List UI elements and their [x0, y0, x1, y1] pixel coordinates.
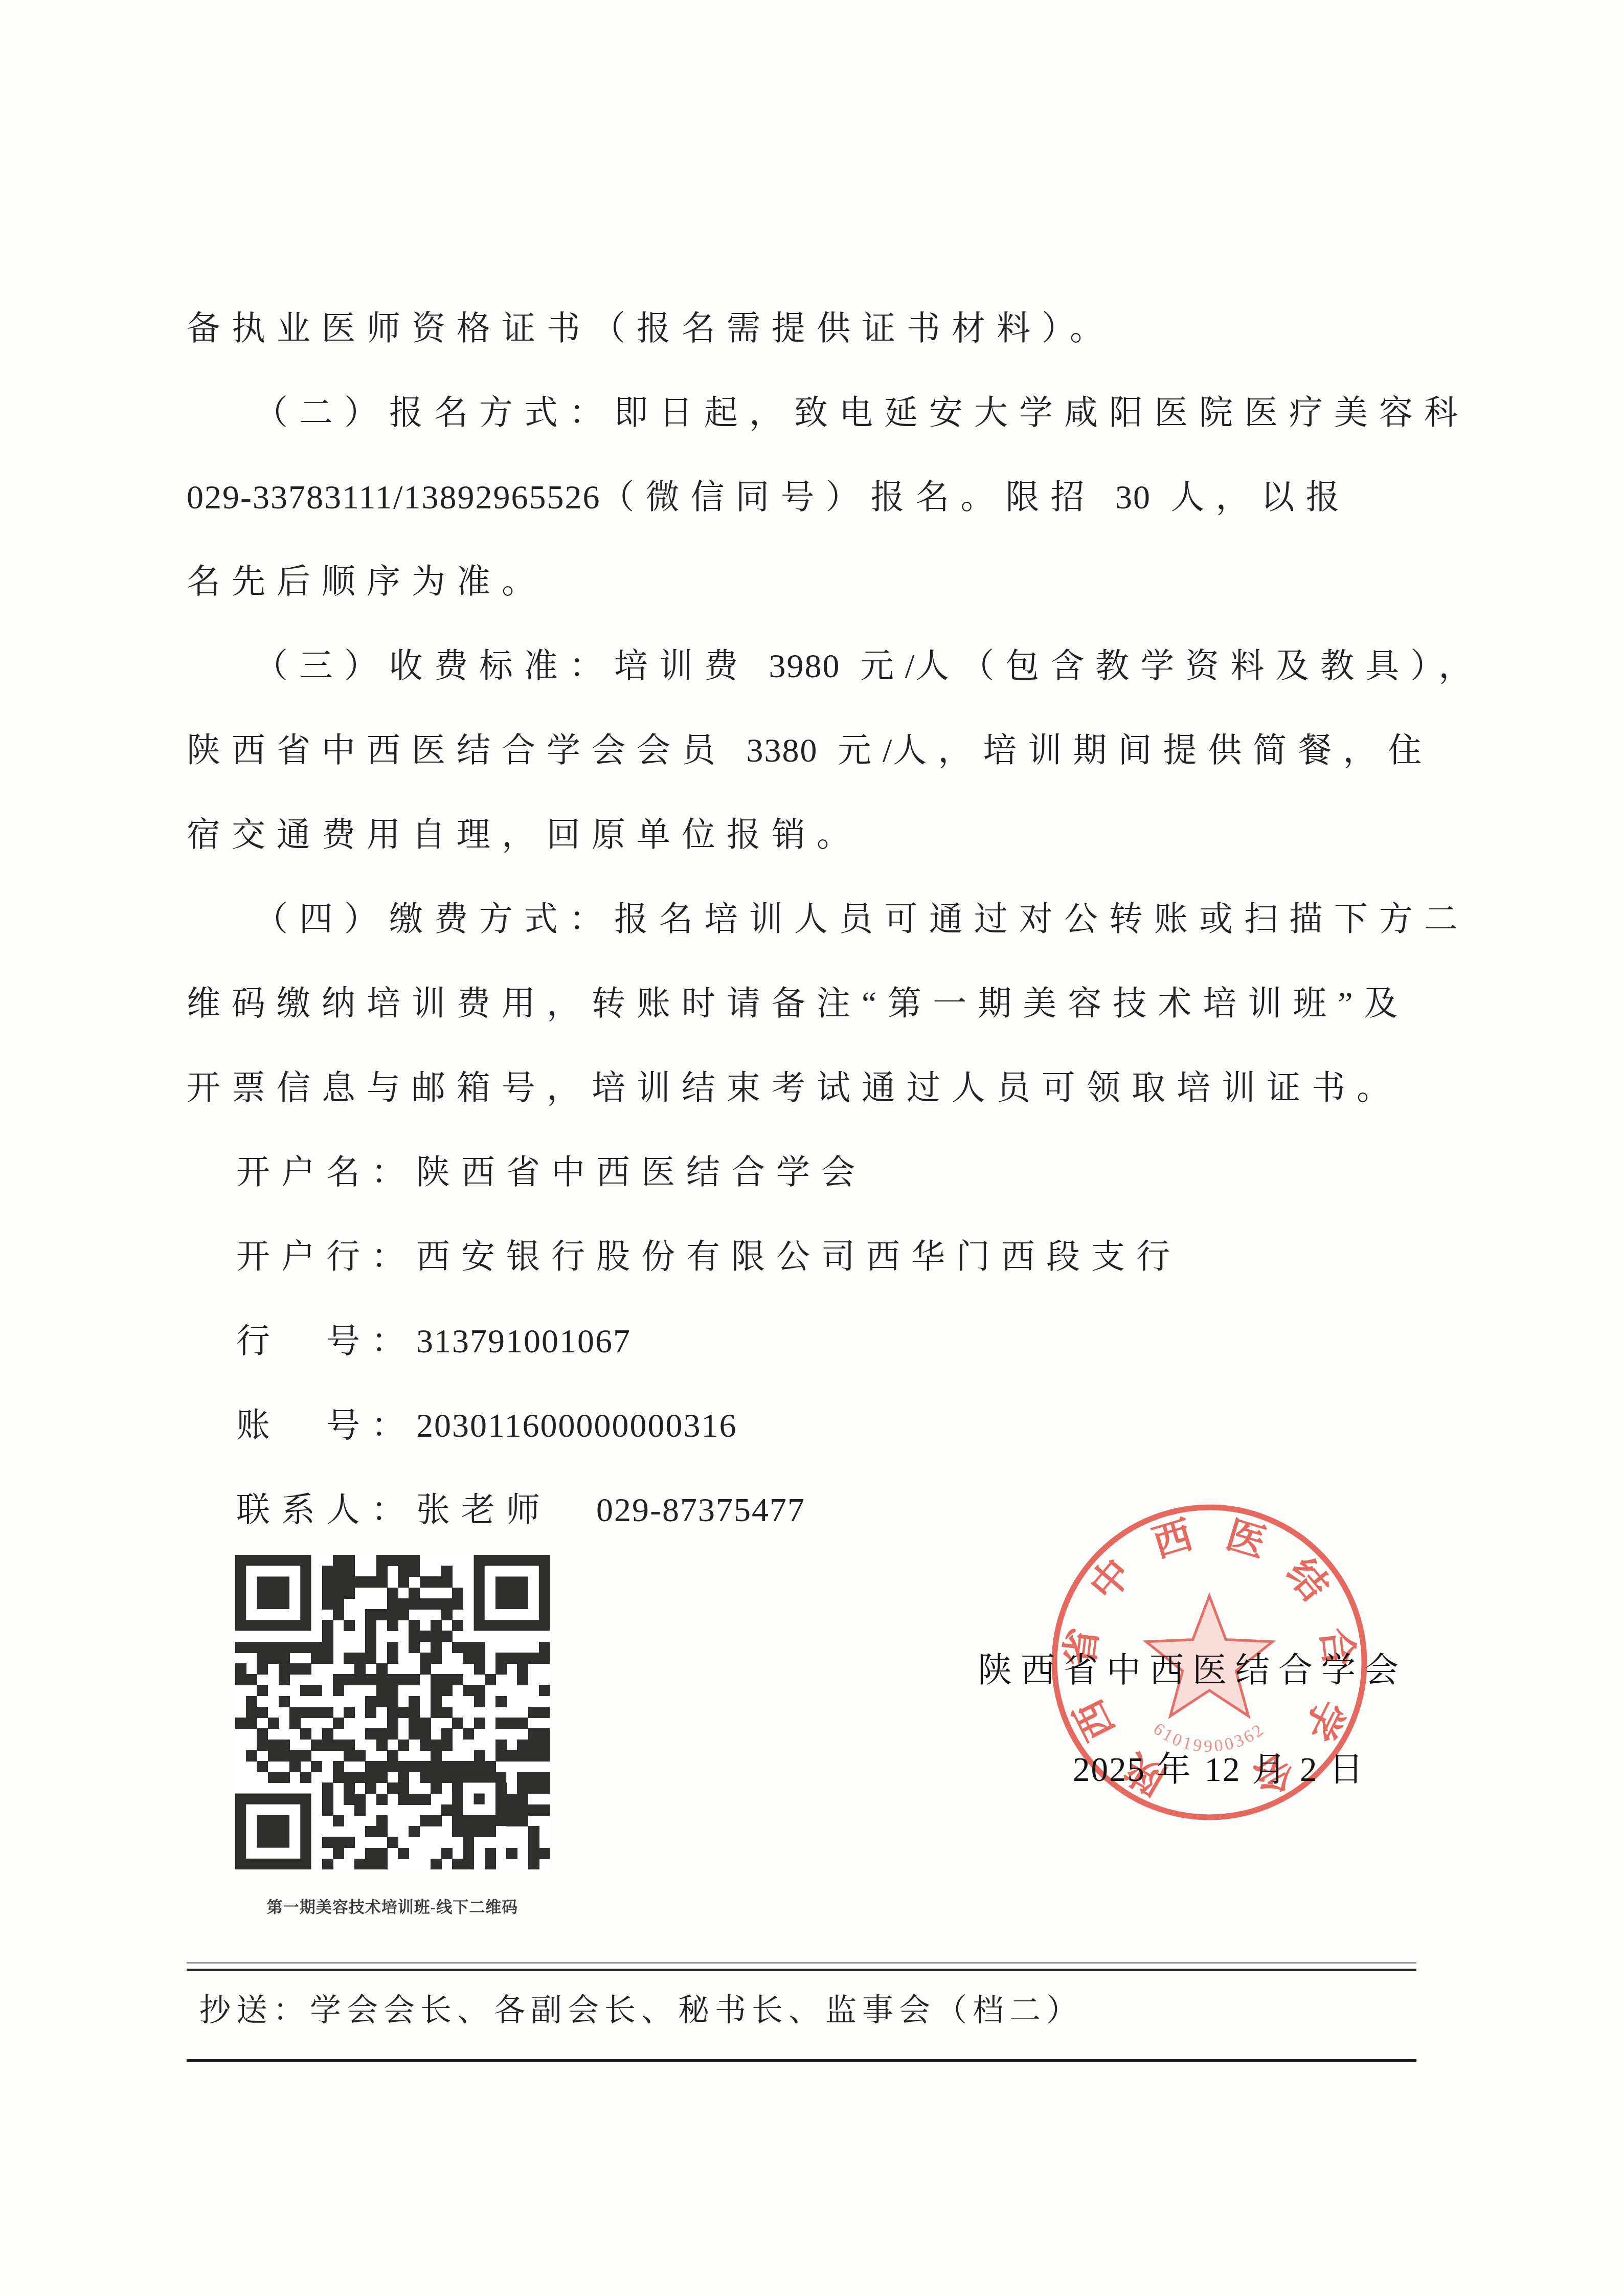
doc-line: 备执业医师资格证书（报名需提供证书材料）。 [187, 286, 1445, 371]
bank-account-name-line: 开户名：陕西省中西医结合学会 [187, 1130, 1445, 1215]
latin-run: 3380 [747, 732, 818, 769]
latin-run: 2025 [1073, 1751, 1145, 1789]
document-body: 备执业医师资格证书（报名需提供证书材料）。 （二）报名方式：即日起，致电延安大学… [187, 286, 1445, 1552]
latin-run: 203011600000000316 [416, 1407, 737, 1444]
latin-run: 12 [1205, 1751, 1241, 1789]
latin-run: 30 [1115, 479, 1151, 516]
latin-run: 2 [1300, 1751, 1318, 1789]
footer-rule-bottom [187, 2059, 1416, 2062]
signature-organization: 陕西省中西医结合学会 [978, 1643, 1407, 1692]
doc-line: 宿交通费用自理，回原单位报销。 [187, 793, 1445, 877]
account-number-line: 账 号：203011600000000316 [187, 1384, 1445, 1468]
latin-run: 029-33783111/13892965526 [187, 479, 600, 516]
doc-line: （三）收费标准：培训费 3980 元/人（包含教学资料及教具）， [187, 624, 1445, 708]
document-page: 备执业医师资格证书（报名需提供证书材料）。 （二）报名方式：即日起，致电延安大学… [0, 0, 1623, 2296]
signature-date: 2025 年 12 月 2 日 [1073, 1742, 1366, 1791]
qr-caption: 第一期美容技术培训班-线下二维码 [235, 1894, 550, 1917]
footer-rule-shadow [187, 1962, 1416, 1964]
latin-run: / [905, 648, 915, 685]
doc-line: 029-33783111/13892965526（微信同号）报名。限招 30 人… [187, 455, 1445, 540]
bank-branch-line: 开户行：西安银行股份有限公司西华门西段支行 [187, 1215, 1445, 1299]
latin-run: 029-87375477 [596, 1491, 805, 1529]
seal-ring-char: 医 [1221, 1513, 1271, 1566]
qr-code-image [235, 1555, 550, 1869]
doc-line: 开票信息与邮箱号，培训结束考试通过人员可领取培训证书。 [187, 1046, 1445, 1130]
latin-run: 3980 [769, 648, 841, 685]
footer-cc-line: 抄送：学会会长、各副会长、秘书长、监事会（档二） [199, 1986, 1083, 2030]
latin-run: / [883, 732, 893, 769]
payment-qr-block: 第一期美容技术培训班-线下二维码 [235, 1555, 550, 1917]
latin-run: 313791001067 [416, 1323, 631, 1360]
bank-number-line: 行 号：313791001067 [187, 1299, 1445, 1384]
seal-ring-char: 西 [1148, 1513, 1198, 1566]
doc-line: 陕西省中西医结合学会会员 3380 元/人，培训期间提供简餐，住 [187, 708, 1445, 793]
doc-line: 名先后顺序为准。 [187, 540, 1445, 624]
footer-rule-top [187, 1969, 1416, 1971]
doc-line: 维码缴纳培训费用，转账时请备注“第一期美容技术培训班”及 [187, 962, 1445, 1046]
doc-line: （四）缴费方式：报名培训人员可通过对公转账或扫描下方二 [187, 877, 1445, 962]
doc-line: （二）报名方式：即日起，致电延安大学咸阳医院医疗美容科 [187, 371, 1445, 455]
